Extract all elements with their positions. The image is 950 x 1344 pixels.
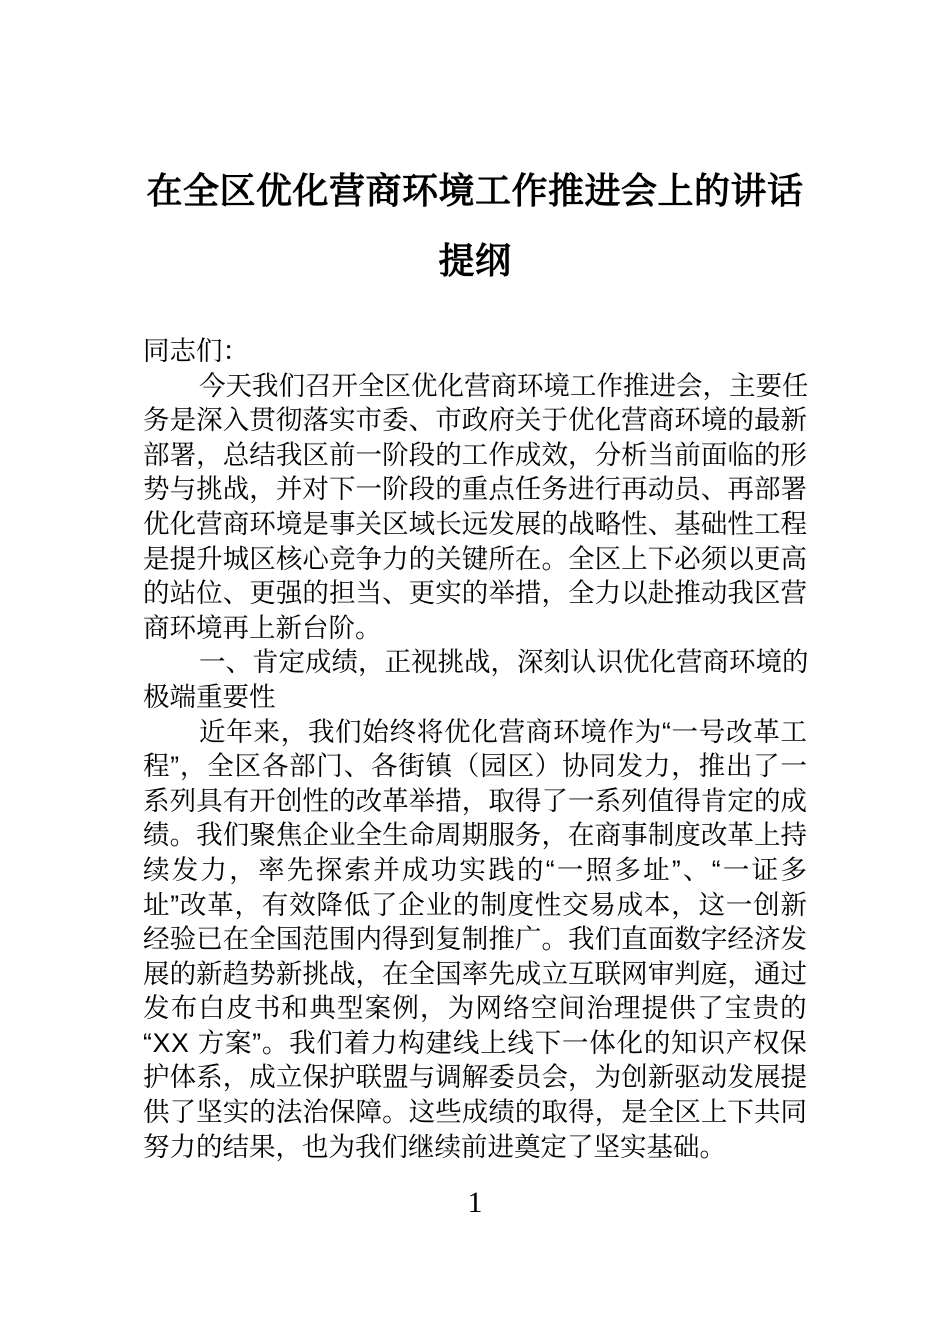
text-line: 址”改革，有效降低了企业的制度性交易成本，这一创新 (143, 888, 807, 923)
text-line: 部署，总结我区前一阶段的工作成效，分析当前面临的形 (143, 438, 807, 473)
text-line: 展的新趋势新挑战，在全国率先成立互联网审判庭，通过 (143, 957, 807, 992)
text-line: 务是深入贯彻落实市委、市政府关于优化营商环境的最新 (143, 403, 807, 438)
text-line: 势与挑战，并对下一阶段的重点任务进行再动员、再部署 (143, 472, 807, 507)
text-line: 护体系，成立保护联盟与调解委员会，为创新驱动发展提 (143, 1060, 807, 1095)
document-title: 在全区优化营商环境工作推进会上的讲话 提纲 (0, 156, 950, 296)
text-line: 供了坚实的法治保障。这些成绩的取得，是全区上下共同 (143, 1095, 807, 1130)
page-number: 1 (0, 1186, 950, 1220)
title-line-2: 提纲 (0, 226, 950, 296)
section-heading-line: 一、肯定成绩，正视挑战，深刻认识优化营商环境的 (143, 645, 807, 680)
text-line: 商环境再上新台阶。 (143, 611, 807, 646)
text-line: 今天我们召开全区优化营商环境工作推进会，主要任 (143, 369, 807, 404)
text-line: 程”，全区各部门、各街镇（园区）协同发力，推出了一 (143, 749, 807, 784)
document-page: 在全区优化营商环境工作推进会上的讲话 提纲 同志们：今天我们召开全区优化营商环境… (0, 0, 950, 1344)
text-line: 续发力，率先探索并成功实践的“一照多址”、“一证多 (143, 853, 807, 888)
text-line: 的站位、更强的担当、更实的举措，全力以赴推动我区营 (143, 576, 807, 611)
text-line: 近年来，我们始终将优化营商环境作为“一号改革工 (143, 715, 807, 750)
section-heading-line: 极端重要性 (143, 680, 807, 715)
document-body: 同志们：今天我们召开全区优化营商环境工作推进会，主要任务是深入贯彻落实市委、市政… (143, 334, 807, 1164)
text-line: 同志们： (143, 334, 807, 369)
text-line: 是提升城区核心竞争力的关键所在。全区上下必须以更高 (143, 542, 807, 577)
text-line: 经验已在全国范围内得到复制推广。我们直面数字经济发 (143, 922, 807, 957)
text-line: 努力的结果，也为我们继续前进奠定了坚实基础。 (143, 1130, 807, 1165)
text-line: 绩。我们聚焦企业全生命周期服务，在商事制度改革上持 (143, 818, 807, 853)
text-line: “XX 方案”。我们着力构建线上线下一体化的知识产权保 (143, 1026, 807, 1061)
text-line: 发布白皮书和典型案例，为网络空间治理提供了宝贵的 (143, 991, 807, 1026)
text-line: 系列具有开创性的改革举措，取得了一系列值得肯定的成 (143, 784, 807, 819)
title-line-1: 在全区优化营商环境工作推进会上的讲话 (0, 156, 950, 226)
text-line: 优化营商环境是事关区域长远发展的战略性、基础性工程 (143, 507, 807, 542)
